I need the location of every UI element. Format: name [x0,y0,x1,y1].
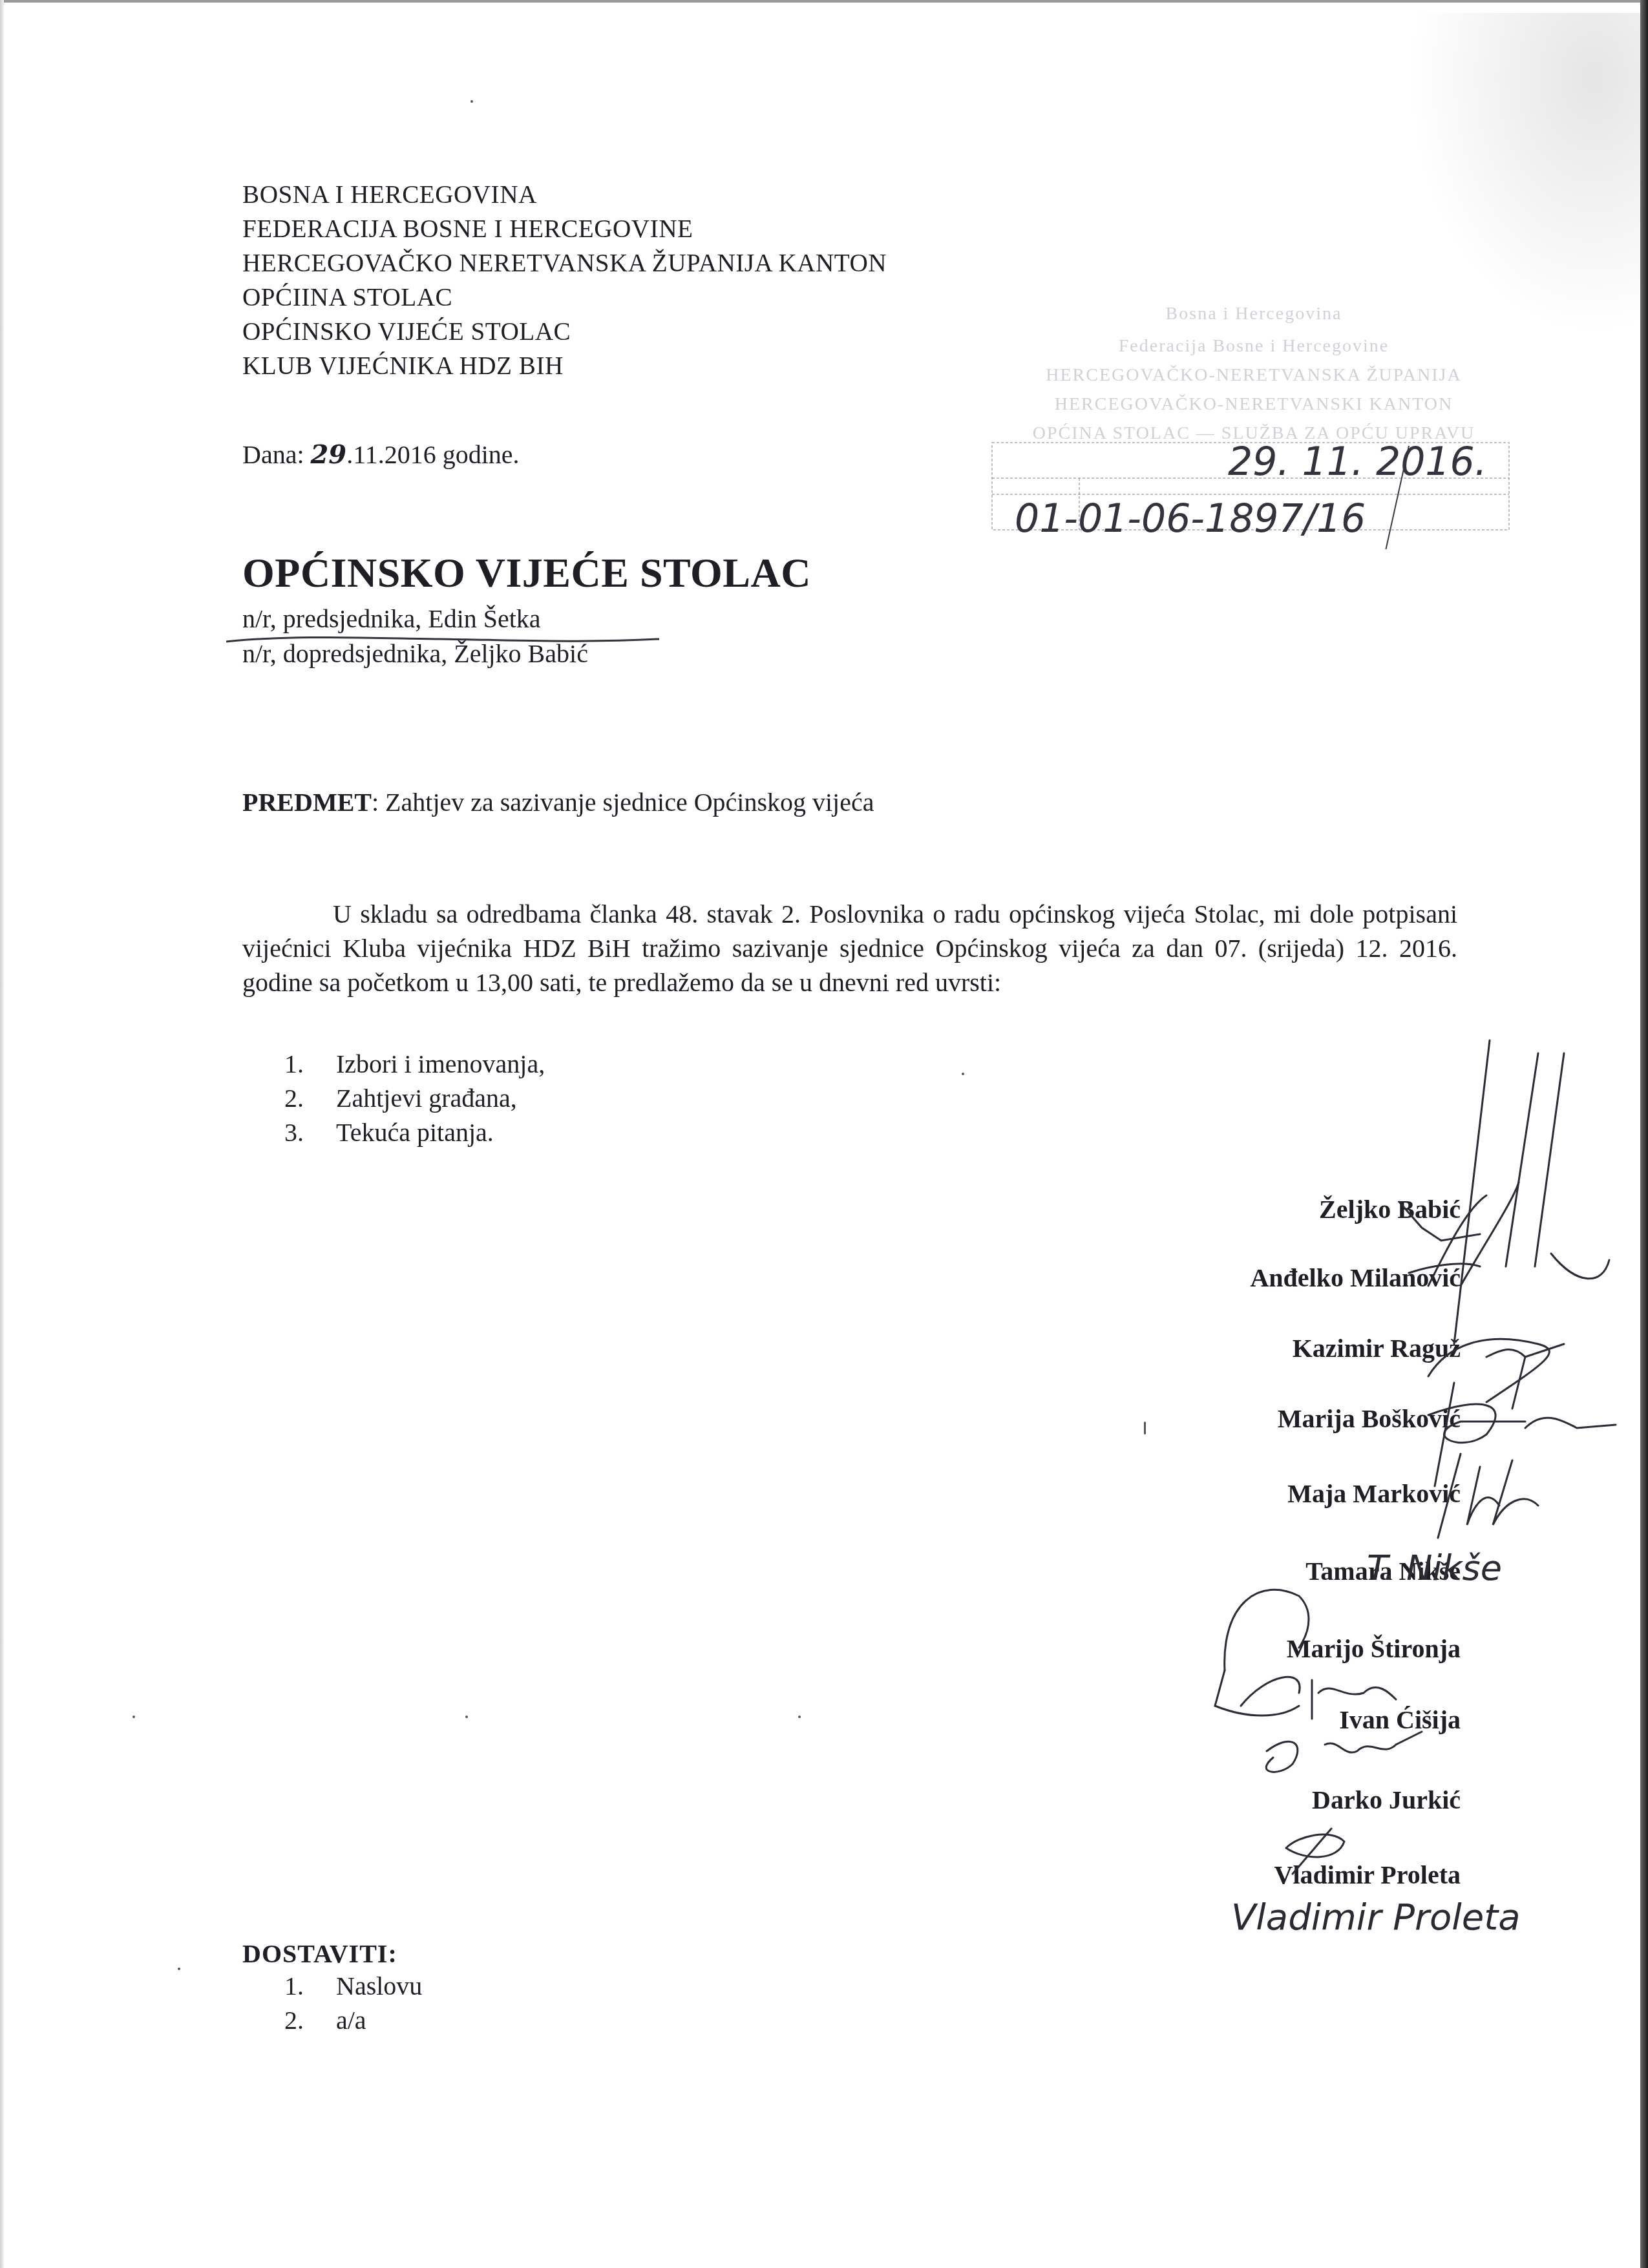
scan-speck [798,1716,801,1718]
delivery-title: DOSTAVITI: [242,1938,422,1969]
scan-speck [178,1968,180,1970]
delivery-list: 1.Naslovu 2.a/a [242,1969,422,2037]
scan-speck [132,1716,135,1718]
delivery-item: 2.a/a [284,2003,422,2037]
scan-speck [1144,1422,1146,1434]
signature-vladimir-proleta: Vladimir Proleta [1231,1896,1521,1938]
scan-speck [465,1716,468,1718]
scan-speck [962,1073,964,1075]
scan-speck [470,100,473,103]
signature-tamara-nikse: T. Nikše [1367,1548,1502,1588]
delivery-block: DOSTAVITI: 1.Naslovu 2.a/a [242,1938,422,2037]
delivery-item: 1.Naslovu [284,1969,422,2003]
